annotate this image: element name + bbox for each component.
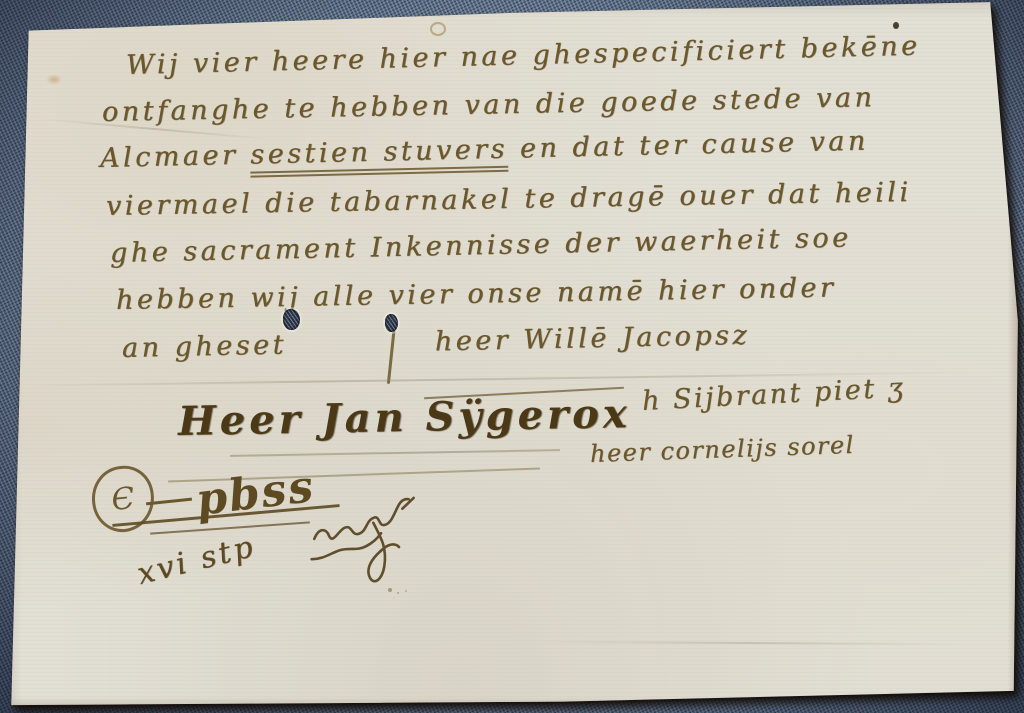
signature-sijbrant-pietsz: h Sijbrant piet ʒ	[641, 372, 906, 417]
illegible-scribble	[301, 487, 468, 608]
worm-hole	[283, 309, 300, 330]
sum-amount: xvi stp	[134, 529, 260, 592]
manuscript-line-2: ontfanghe te hebben van die goede stede …	[102, 82, 876, 128]
manuscript-line-1: Wij vier heere hier nae ghespecificiert …	[126, 31, 921, 81]
paper-crease	[540, 641, 960, 645]
manuscript-line-5: ghe sacrament Inkennisse der waerheit so…	[110, 222, 852, 269]
signature-jan-sygerox: Heer Jan Sÿgerox	[178, 390, 631, 445]
strike-through-stroke-2	[150, 521, 310, 534]
manuscript-line-4: viermael die tabarnakel te dragē ouer da…	[106, 177, 912, 222]
paper-sheet: Wij vier heere hier nae ghespecificiert …	[0, 0, 1024, 713]
underlined-amount: sestien stuvers	[250, 134, 509, 178]
stain-spot	[46, 74, 62, 85]
faint-pen-line-under-signature	[230, 449, 560, 457]
line-3-post: en dat ter cause van	[520, 126, 869, 165]
line-7-pre: an gheset	[122, 330, 288, 364]
photo-background: Wij vier heere hier nae ghespecificiert …	[0, 0, 1024, 713]
manuscript-line-6: hebben wij alle vier onse namē hier onde…	[116, 272, 837, 316]
manuscript-line-7: an ghesetheer Willē Jacopsz	[122, 320, 751, 364]
ink-speck	[893, 22, 899, 29]
first-signature-inline: heer Willē Jacopsz	[435, 320, 751, 358]
worm-hole	[385, 314, 398, 332]
line-3-pre: Alcmaer	[100, 140, 239, 174]
paper-shadow: Wij vier heere hier nae ghespecificiert …	[0, 0, 1024, 713]
stain-ring	[430, 22, 446, 36]
ink-dots	[388, 588, 392, 592]
